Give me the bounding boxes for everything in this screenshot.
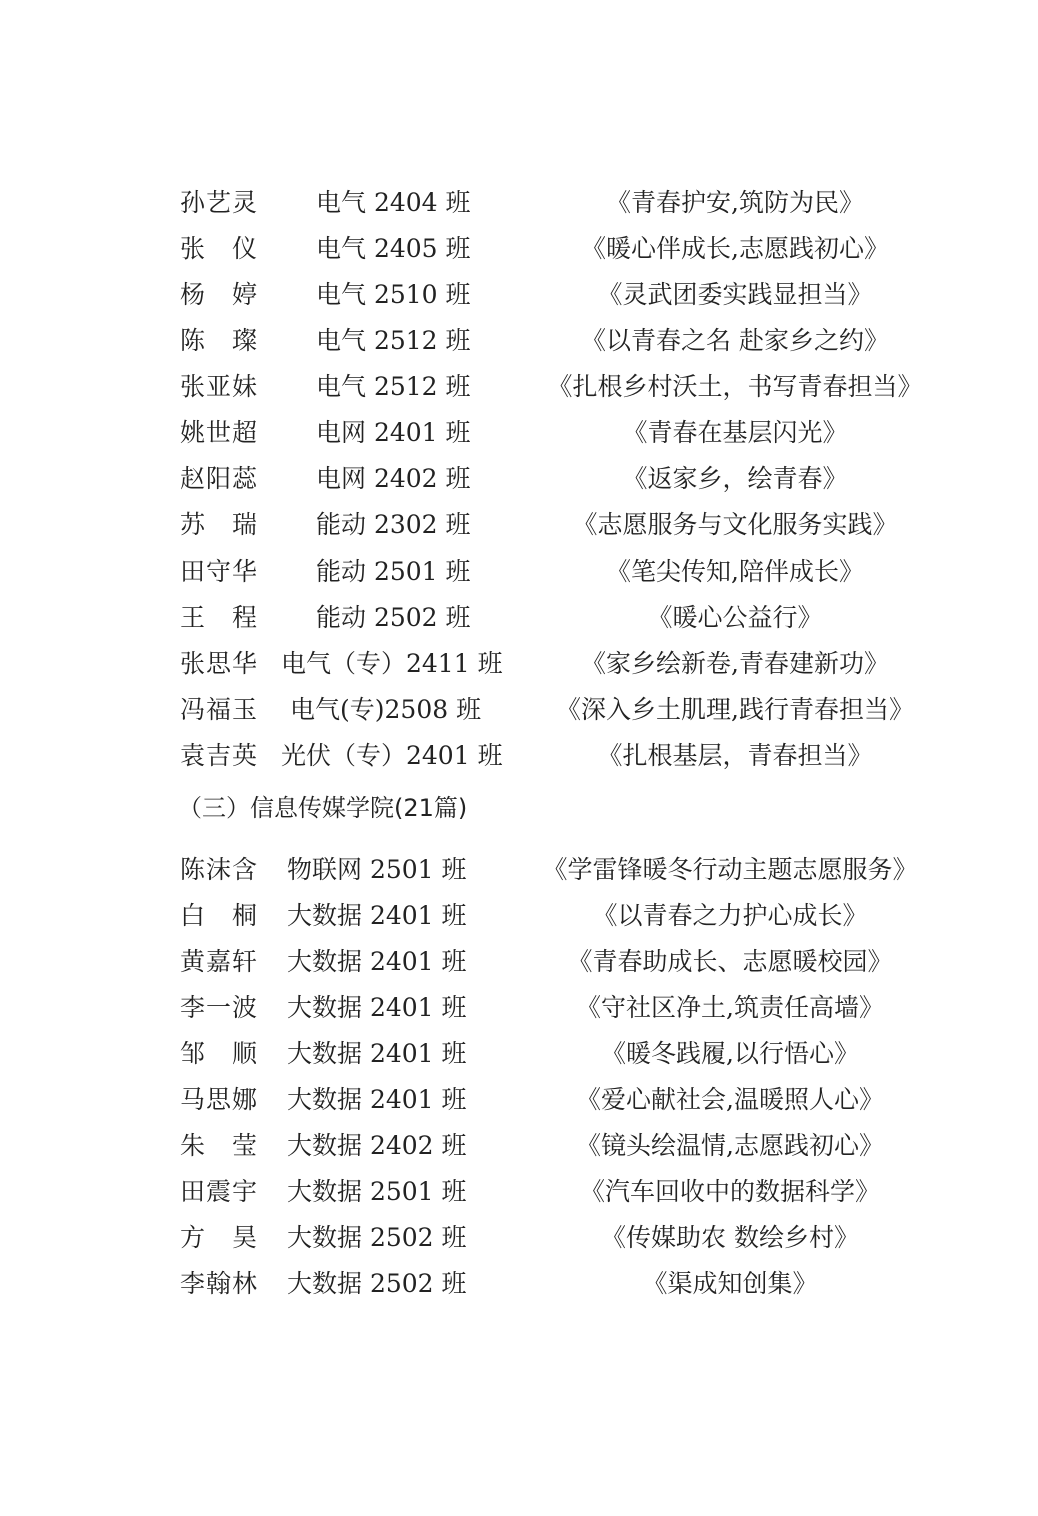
- student-name: 陈沫含: [180, 850, 258, 890]
- list-item: 袁吉英 光伏（专）2401 班 《扎根基层，青春担当》: [0, 736, 1038, 776]
- class-name: 电气 2405 班: [316, 229, 471, 269]
- work-title: 《扎根基层，青春担当》: [530, 736, 940, 776]
- class-name: 电气 2510 班: [316, 275, 471, 315]
- student-name: 赵阳蕊: [180, 459, 258, 499]
- class-name: 电气（专）2411 班: [281, 644, 503, 684]
- list-item: 张思华 电气（专）2411 班 《家乡绘新卷,青春建新功》: [0, 644, 1038, 684]
- student-name: 方 昊: [180, 1218, 258, 1258]
- student-name: 田守华: [180, 552, 258, 592]
- section-heading: （三）信息传媒学院(21篇): [178, 788, 467, 828]
- student-name: 李翰林: [180, 1264, 258, 1304]
- class-name: 电气 2512 班: [316, 367, 471, 407]
- list-item: 黄嘉轩 大数据 2401 班 《青春助成长、志愿暖校园》: [0, 942, 1038, 982]
- list-item: 张亚妹 电气 2512 班 《扎根乡村沃土，书写青春担当》: [0, 367, 1038, 407]
- student-name: 张思华: [180, 644, 258, 684]
- work-title: 《以青春之名 赴家乡之约》: [530, 321, 940, 361]
- class-name: 大数据 2401 班: [287, 988, 467, 1028]
- work-title: 《笔尖传知,陪伴成长》: [530, 552, 940, 592]
- work-title: 《暖冬践履,以行悟心》: [510, 1034, 950, 1074]
- student-name: 冯福玉: [180, 690, 258, 730]
- student-name: 朱 莹: [180, 1126, 258, 1166]
- work-title: 《扎根乡村沃土，书写青春担当》: [520, 367, 950, 407]
- student-name: 黄嘉轩: [180, 942, 258, 982]
- class-name: 电网 2401 班: [316, 413, 471, 453]
- list-item: 田守华 能动 2501 班 《笔尖传知,陪伴成长》: [0, 552, 1038, 592]
- list-item: 李一波 大数据 2401 班 《守社区净土,筑责任高墙》: [0, 988, 1038, 1028]
- class-name: 电气 2512 班: [316, 321, 471, 361]
- list-item: 白 桐 大数据 2401 班 《以青春之力护心成长》: [0, 896, 1038, 936]
- list-item: 张 仪 电气 2405 班 《暖心伴成长,志愿践初心》: [0, 229, 1038, 269]
- list-item: 冯福玉 电气(专)2508 班 《深入乡土肌理,践行青春担当》: [0, 690, 1038, 730]
- work-title: 《青春护安,筑防为民》: [530, 183, 940, 223]
- work-title: 《深入乡土肌理,践行青春担当》: [520, 690, 950, 730]
- class-name: 大数据 2502 班: [287, 1264, 467, 1304]
- list-item: 李翰林 大数据 2502 班 《渠成知创集》: [0, 1264, 1038, 1304]
- list-item: 孙艺灵 电气 2404 班 《青春护安,筑防为民》: [0, 183, 1038, 223]
- list-item: 王 程 能动 2502 班 《暖心公益行》: [0, 598, 1038, 638]
- work-title: 《以青春之力护心成长》: [510, 896, 950, 936]
- list-item: 陈沫含 物联网 2501 班 《学雷锋暖冬行动主题志愿服务》: [0, 850, 1038, 890]
- work-title: 《传媒助农 数绘乡村》: [510, 1218, 950, 1258]
- student-name: 田震宇: [180, 1172, 258, 1212]
- work-title: 《爱心献社会,温暖照人心》: [510, 1080, 950, 1120]
- work-title: 《暖心公益行》: [530, 598, 940, 638]
- class-name: 大数据 2401 班: [287, 896, 467, 936]
- student-name: 邹 顺: [180, 1034, 258, 1074]
- work-title: 《渠成知创集》: [510, 1264, 950, 1304]
- work-title: 《汽车回收中的数据科学》: [510, 1172, 950, 1212]
- class-name: 大数据 2402 班: [287, 1126, 467, 1166]
- class-name: 能动 2502 班: [316, 598, 471, 638]
- class-name: 电网 2402 班: [316, 459, 471, 499]
- class-name: 能动 2501 班: [316, 552, 471, 592]
- class-name: 大数据 2401 班: [287, 1080, 467, 1120]
- work-title: 《家乡绘新卷,青春建新功》: [530, 644, 940, 684]
- student-name: 孙艺灵: [180, 183, 258, 223]
- list-item: 方 昊 大数据 2502 班 《传媒助农 数绘乡村》: [0, 1218, 1038, 1258]
- work-title: 《青春在基层闪光》: [530, 413, 940, 453]
- list-item: 苏 瑞 能动 2302 班 《志愿服务与文化服务实践》: [0, 505, 1038, 545]
- list-item: 邹 顺 大数据 2401 班 《暖冬践履,以行悟心》: [0, 1034, 1038, 1074]
- student-name: 杨 婷: [180, 275, 258, 315]
- work-title: 《志愿服务与文化服务实践》: [530, 505, 940, 545]
- class-name: 大数据 2501 班: [287, 1172, 467, 1212]
- class-name: 光伏（专）2401 班: [281, 736, 503, 776]
- class-name: 电气 2404 班: [316, 183, 471, 223]
- student-name: 陈 璨: [180, 321, 258, 361]
- list-item: 姚世超 电网 2401 班 《青春在基层闪光》: [0, 413, 1038, 453]
- list-item: 朱 莹 大数据 2402 班 《镜头绘温情,志愿践初心》: [0, 1126, 1038, 1166]
- class-name: 大数据 2401 班: [287, 1034, 467, 1074]
- work-title: 《暖心伴成长,志愿践初心》: [530, 229, 940, 269]
- student-name: 王 程: [180, 598, 258, 638]
- work-title: 《镜头绘温情,志愿践初心》: [510, 1126, 950, 1166]
- student-name: 马思娜: [180, 1080, 258, 1120]
- class-name: 大数据 2401 班: [287, 942, 467, 982]
- student-name: 李一波: [180, 988, 258, 1028]
- student-name: 苏 瑞: [180, 505, 258, 545]
- document-page: 孙艺灵 电气 2404 班 《青春护安,筑防为民》 张 仪 电气 2405 班 …: [0, 0, 1038, 1516]
- work-title: 《守社区净土,筑责任高墙》: [510, 988, 950, 1028]
- student-name: 张 仪: [180, 229, 258, 269]
- student-name: 白 桐: [180, 896, 258, 936]
- list-item: 杨 婷 电气 2510 班 《灵武团委实践显担当》: [0, 275, 1038, 315]
- class-name: 电气(专)2508 班: [290, 690, 481, 730]
- list-item: 赵阳蕊 电网 2402 班 《返家乡，绘青春》: [0, 459, 1038, 499]
- work-title: 《青春助成长、志愿暖校园》: [510, 942, 950, 982]
- work-title: 《返家乡，绘青春》: [530, 459, 940, 499]
- list-item: 田震宇 大数据 2501 班 《汽车回收中的数据科学》: [0, 1172, 1038, 1212]
- student-name: 姚世超: [180, 413, 258, 453]
- work-title: 《学雷锋暖冬行动主题志愿服务》: [510, 850, 950, 890]
- work-title: 《灵武团委实践显担当》: [530, 275, 940, 315]
- student-name: 张亚妹: [180, 367, 258, 407]
- list-item: 陈 璨 电气 2512 班 《以青春之名 赴家乡之约》: [0, 321, 1038, 361]
- class-name: 能动 2302 班: [316, 505, 471, 545]
- list-item: 马思娜 大数据 2401 班 《爱心献社会,温暖照人心》: [0, 1080, 1038, 1120]
- class-name: 物联网 2501 班: [287, 850, 467, 890]
- class-name: 大数据 2502 班: [287, 1218, 467, 1258]
- student-name: 袁吉英: [180, 736, 258, 776]
